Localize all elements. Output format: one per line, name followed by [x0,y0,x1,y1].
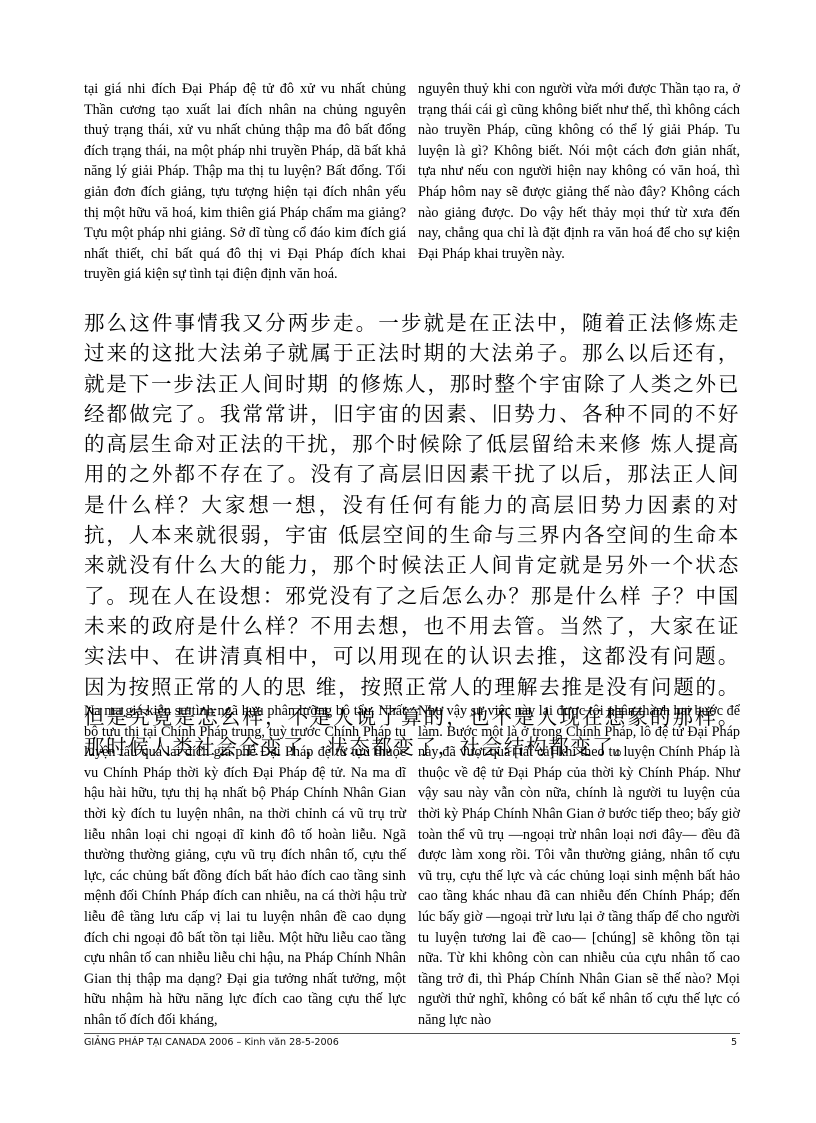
top-left-column: tại giá nhi đích Đại Pháp đệ tử đô xử vu… [84,79,406,285]
top-right-column: nguyên thuỷ khi con người vừa mới được T… [418,79,740,285]
bottom-left-column: Na ma giá kiện sự tình ngã hựu phân lưỡn… [84,701,406,1031]
sino-vietnamese-paragraph: Na ma giá kiện sự tình ngã hựu phân lưỡn… [84,701,406,1031]
chinese-paragraph: 那么这件事情我又分两步走。一步就是在正法中，随着正法修炼走过来的这批大法弟子就属… [84,308,740,762]
sino-vietnamese-paragraph: tại giá nhi đích Đại Pháp đệ tử đô xử vu… [84,79,406,285]
chinese-section: 那么这件事情我又分两步走。一步就是在正法中，随着正法修炼走过来的这批大法弟子就属… [84,308,740,762]
document-page: tại giá nhi đích Đại Pháp đệ tử đô xử vu… [0,0,816,1123]
vietnamese-paragraph: Như vậy sự việc này lại được tôi phân th… [418,701,740,1031]
footer-divider [84,1033,740,1034]
page-number: 5 [731,1037,737,1048]
top-two-column-section: tại giá nhi đích Đại Pháp đệ tử đô xử vu… [84,79,740,285]
bottom-two-column-section: Na ma giá kiện sự tình ngã hựu phân lưỡn… [84,701,740,1031]
vietnamese-paragraph: nguyên thuỷ khi con người vừa mới được T… [418,79,740,264]
footer-title: GIẢNG PHÁP TẠI CANADA 2006 – Kinh văn 28… [84,1037,339,1048]
bottom-right-column: Như vậy sự việc này lại được tôi phân th… [418,701,740,1031]
